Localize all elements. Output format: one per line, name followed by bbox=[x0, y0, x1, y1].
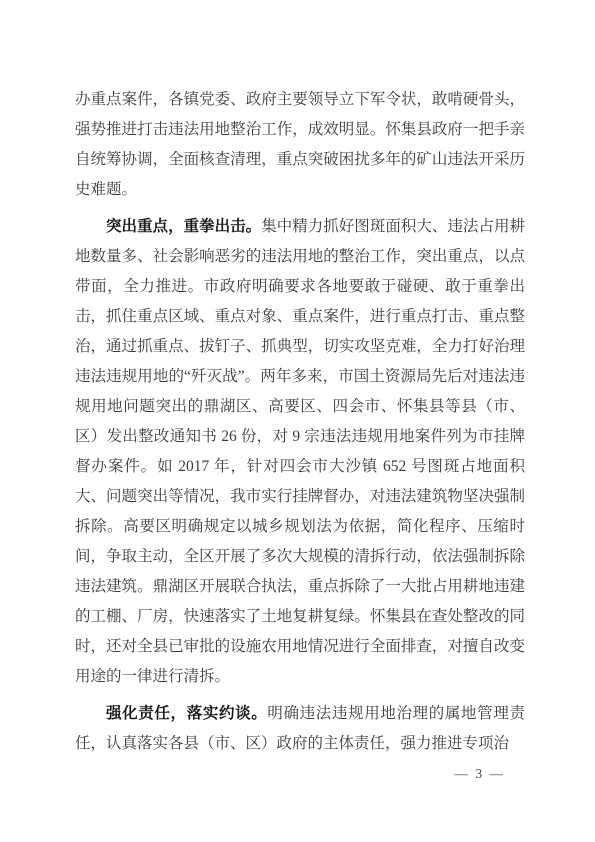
document-page: 办重点案件，各镇党委、政府主要领导立下军令状，敢啃硬骨头，强势推进打击违法用地整… bbox=[0, 0, 595, 842]
paragraph-text: 集中精力抓好图斑面积大、违法占用耕地数量多、社会影响恶劣的违法用地的整治工作，突… bbox=[75, 218, 525, 685]
paragraph-continuation: 办重点案件，各镇党委、政府主要领导立下军令状，敢啃硬骨头，强势推进打击违法用地整… bbox=[75, 85, 525, 205]
page-number: — 3 — bbox=[455, 766, 506, 782]
paragraph-highlight-key-points: 突出重点，重拳出击。集中精力抓好图斑面积大、违法占用耕地数量多、社会影响恶劣的违… bbox=[75, 212, 525, 692]
paragraph-strengthen-responsibility: 强化责任，落实约谈。明确违法违规用地治理的属地管理责任，认真落实各县（市、区）政… bbox=[75, 699, 525, 759]
paragraph-text: 办重点案件，各镇党委、政府主要领导立下军令状，敢啃硬骨头，强势推进打击违法用地整… bbox=[75, 91, 525, 198]
document-body: 办重点案件，各镇党委、政府主要领导立下军令状，敢啃硬骨头，强势推进打击违法用地整… bbox=[75, 85, 525, 766]
paragraph-lead: 强化责任，落实约谈。 bbox=[106, 705, 267, 722]
paragraph-lead: 突出重点，重拳出击。 bbox=[106, 218, 261, 235]
